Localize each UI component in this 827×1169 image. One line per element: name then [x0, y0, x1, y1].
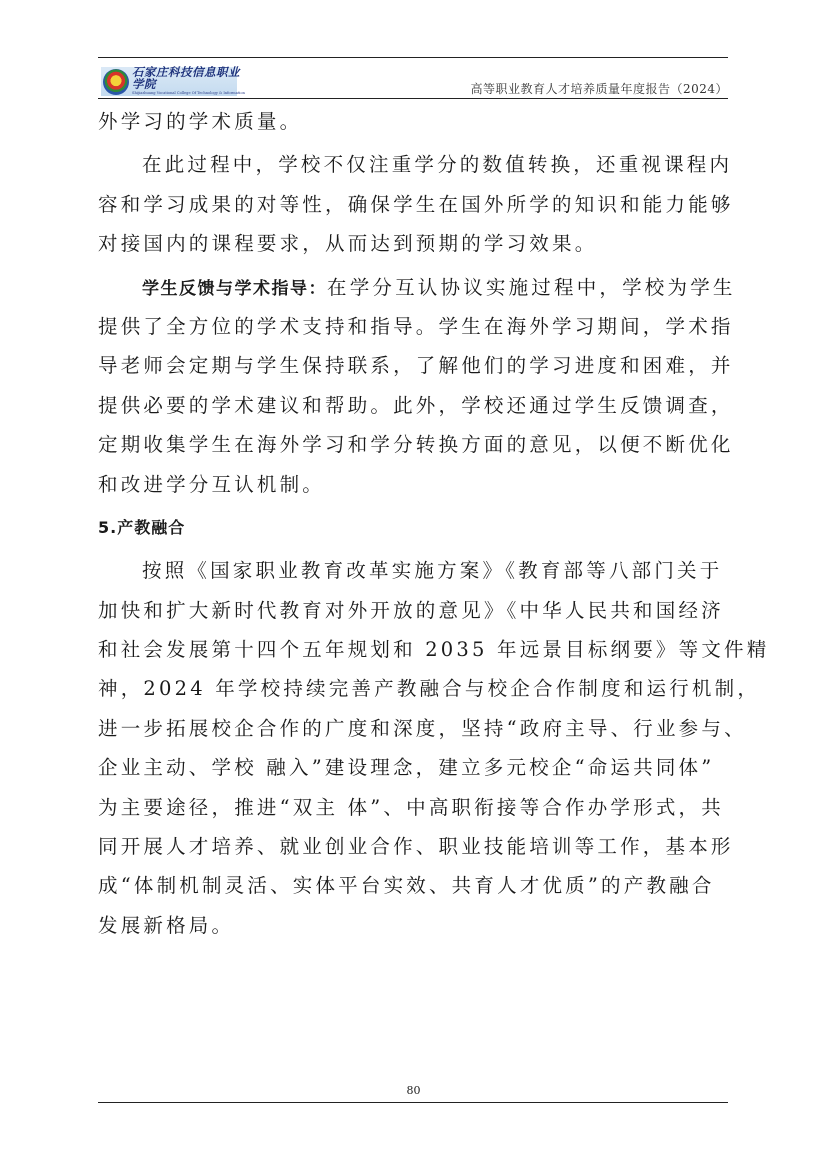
- paragraph-continuation: 外学习的学术质量。: [98, 102, 730, 141]
- paragraph-lead: 学生反馈与学术指导：: [142, 279, 327, 299]
- text-line: 提供了全方位的学术支持和指导。学生在海外学习期间，学术指: [98, 307, 730, 346]
- header-top-rule: [98, 57, 728, 58]
- school-emblem-icon: [103, 69, 129, 95]
- logo-name-en: Shijiazhuang Vocational College Of Techn…: [132, 92, 245, 96]
- text-line: 成“体制机制灵活、实体平台实效、共育人才优质”的产教融合: [98, 866, 730, 905]
- text-line: 提供必要的学术建议和帮助。此外，学校还通过学生反馈调查，: [98, 386, 730, 425]
- text-line: 容和学习成果的对等性，确保学生在国外所学的知识和能力能够: [98, 185, 730, 224]
- text-span: 在学分互认协议实施过程中，学校为学生: [327, 276, 736, 299]
- text-line: 同开展人才培养、就业创业合作、职业技能培训等工作，基本形: [98, 827, 730, 866]
- paragraph-industry-education: 按照《国家职业教育改革实施方案》《教育部等八部门关于 加快和扩大新时代教育对外开…: [98, 551, 730, 945]
- page-body: 外学习的学术质量。 在此过程中，学校不仅注重学分的数值转换，还重视课程内 容和学…: [98, 102, 730, 945]
- section-heading: 5.产教融合: [98, 508, 730, 547]
- logo-text: 石家庄科技信息职业学院 Shijiazhuang Vocational Coll…: [132, 67, 245, 96]
- text-line: 对接国内的课程要求，从而达到预期的学习效果。: [98, 224, 730, 263]
- text-line: 和改进学分互认机制。: [98, 465, 730, 504]
- page-number: 80: [0, 1084, 827, 1097]
- paragraph-feedback-guidance: 学生反馈与学术指导：在学分互认协议实施过程中，学校为学生 提供了全方位的学术支持…: [98, 268, 730, 504]
- header-bottom-rule: [98, 98, 728, 99]
- text-line: 在此过程中，学校不仅注重学分的数值转换，还重视课程内: [98, 145, 730, 184]
- footer-rule: [98, 1102, 728, 1103]
- text-line: 导老师会定期与学生保持联系，了解他们的学习进度和困难，并: [98, 346, 730, 385]
- report-title: 高等职业教育人才培养质量年度报告（2024）: [470, 80, 728, 97]
- paragraph-credit-equivalence: 在此过程中，学校不仅注重学分的数值转换，还重视课程内 容和学习成果的对等性，确保…: [98, 145, 730, 263]
- text-line: 学生反馈与学术指导：在学分互认协议实施过程中，学校为学生: [98, 268, 730, 307]
- text-line: 和社会发展第十四个五年规划和 2035 年远景目标纲要》等文件精: [98, 630, 730, 669]
- school-logo: 石家庄科技信息职业学院 Shijiazhuang Vocational Coll…: [101, 67, 237, 96]
- logo-name-cn: 石家庄科技信息职业学院: [132, 67, 245, 90]
- text-line: 为主要途径，推进“双主 体”、中高职衔接等合作办学形式，共: [98, 788, 730, 827]
- text-line: 外学习的学术质量。: [98, 102, 730, 141]
- text-line: 企业主动、学校 融入”建设理念，建立多元校企“命运共同体”: [98, 748, 730, 787]
- text-line: 发展新格局。: [98, 906, 730, 945]
- text-line: 定期收集学生在海外学习和学分转换方面的意见，以便不断优化: [98, 425, 730, 464]
- text-line: 神，2024 年学校持续完善产教融合与校企合作制度和运行机制，: [98, 669, 730, 708]
- text-line: 进一步拓展校企合作的广度和深度，坚持“政府主导、行业参与、: [98, 709, 730, 748]
- text-line: 加快和扩大新时代教育对外开放的意见》《中华人民共和国经济: [98, 591, 730, 630]
- text-line: 按照《国家职业教育改革实施方案》《教育部等八部门关于: [98, 551, 730, 590]
